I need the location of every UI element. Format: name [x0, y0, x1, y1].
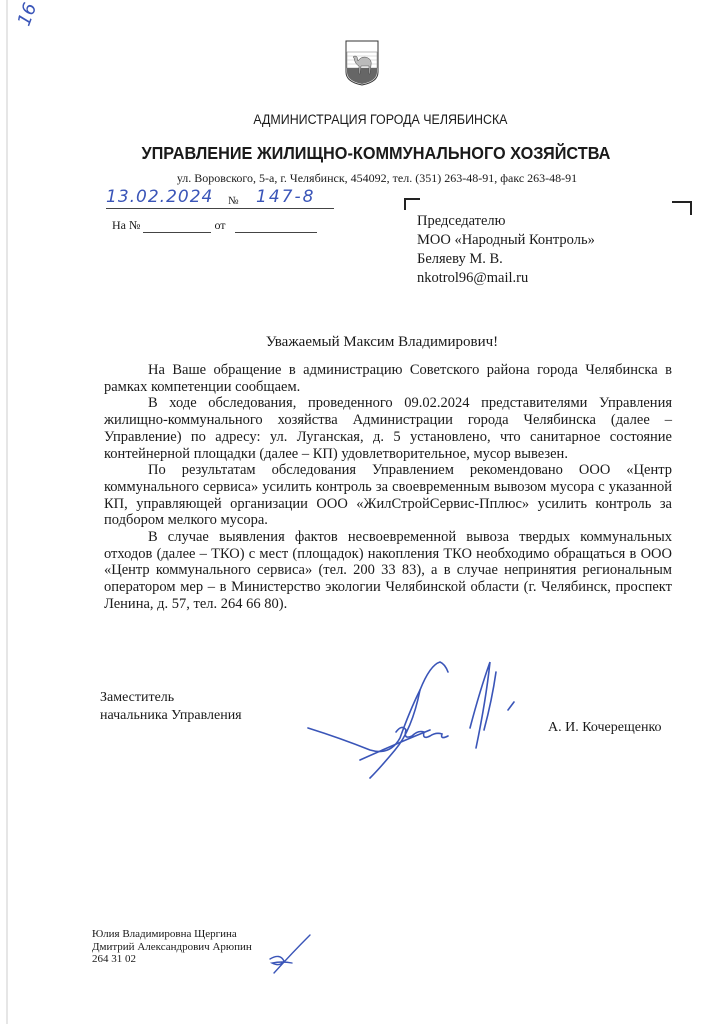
recipient-email: nkotrol96@mail.ru: [417, 269, 595, 288]
department-name: УПРАВЛЕНИЕ ЖИЛИЩНО-КОММУНАЛЬНОГО ХОЗЯЙСТ…: [25, 143, 698, 164]
registration-underline: [106, 208, 334, 209]
executor-phone: 264 31 02: [92, 953, 252, 966]
registration-date: 13.02.2024: [106, 187, 213, 207]
recipient-name: Беляеву М. В.: [417, 250, 595, 269]
registration-number: 147-8: [256, 187, 315, 207]
recipient-organization: МОО «Народный Контроль»: [417, 231, 595, 250]
executor-1: Юлия Владимировна Щергина: [92, 928, 252, 941]
paragraph: На Ваше обращение в администрацию Советс…: [104, 362, 672, 395]
executors-block: Юлия Владимировна Щергина Дмитрий Алекса…: [92, 928, 252, 966]
reply-reference-line: На № от: [112, 218, 342, 233]
address-corner-right: [672, 201, 692, 215]
recipient-title: Председателю: [417, 212, 595, 231]
executor-2: Дмитрий Александрович Арюпин: [92, 941, 252, 954]
handwritten-signature-icon: [300, 650, 530, 780]
reply-date-blank: [235, 232, 317, 233]
paragraph: В ходе обследования, проведенного 09.02.…: [104, 395, 672, 462]
signatory-position: Заместитель начальника Управления: [100, 689, 242, 725]
page-edge: [6, 0, 8, 1024]
reply-to-label: На №: [112, 218, 140, 232]
salutation: Уважаемый Максим Владимирович!: [0, 334, 724, 351]
address-corner-left: [404, 198, 420, 210]
number-label: №: [228, 195, 239, 207]
position-line-2: начальника Управления: [100, 707, 242, 725]
from-label: от: [214, 218, 225, 232]
position-line-1: Заместитель: [100, 689, 242, 707]
executor-signature-icon: [262, 933, 312, 975]
registration-line: 13.02.2024 № 147-8: [106, 187, 334, 209]
paragraph: По результатам обследования Управлением …: [104, 462, 672, 529]
margin-note: 16: [14, 0, 42, 29]
paragraph: В случае выявления фактов несвоевременно…: [104, 529, 672, 613]
administration-name: АДМИНИСТРАЦИЯ ГОРОДА ЧЕЛЯБИНСКА: [29, 112, 695, 127]
letter-body: На Ваше обращение в администрацию Советс…: [104, 362, 672, 613]
coat-of-arms-icon: [345, 40, 379, 86]
department-address: ул. Воровского, 5-а, г. Челябинск, 45409…: [0, 171, 724, 186]
signer-name: А. И. Кочерещенко: [548, 720, 662, 736]
reply-number-blank: [143, 232, 211, 233]
recipient-block: Председателю МОО «Народный Контроль» Бел…: [417, 212, 595, 288]
